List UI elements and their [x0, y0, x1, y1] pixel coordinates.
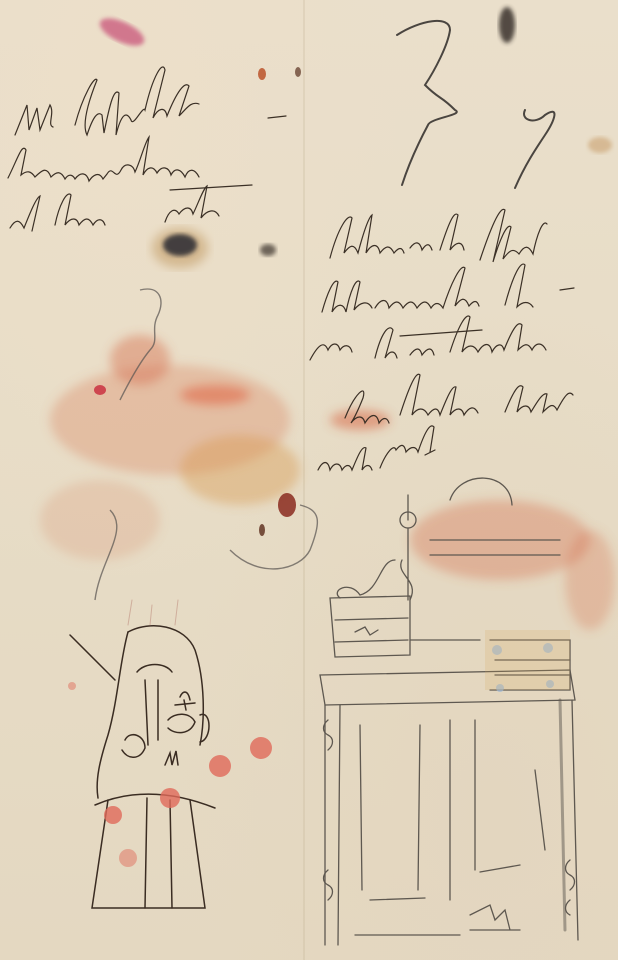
blot: [278, 493, 296, 517]
right-handwriting: [310, 209, 574, 470]
stains: [96, 7, 612, 268]
squiggle-doodles: [397, 21, 554, 188]
drawing-layer: [0, 0, 618, 960]
manuscript-sheet: an die Schloßbeschr- ibung der Arbeiten …: [0, 0, 618, 960]
red-chalk-figure: [40, 335, 615, 630]
grotesque-head: [70, 600, 215, 908]
left-handwriting: [8, 67, 286, 231]
ochre-wash: [485, 630, 570, 690]
